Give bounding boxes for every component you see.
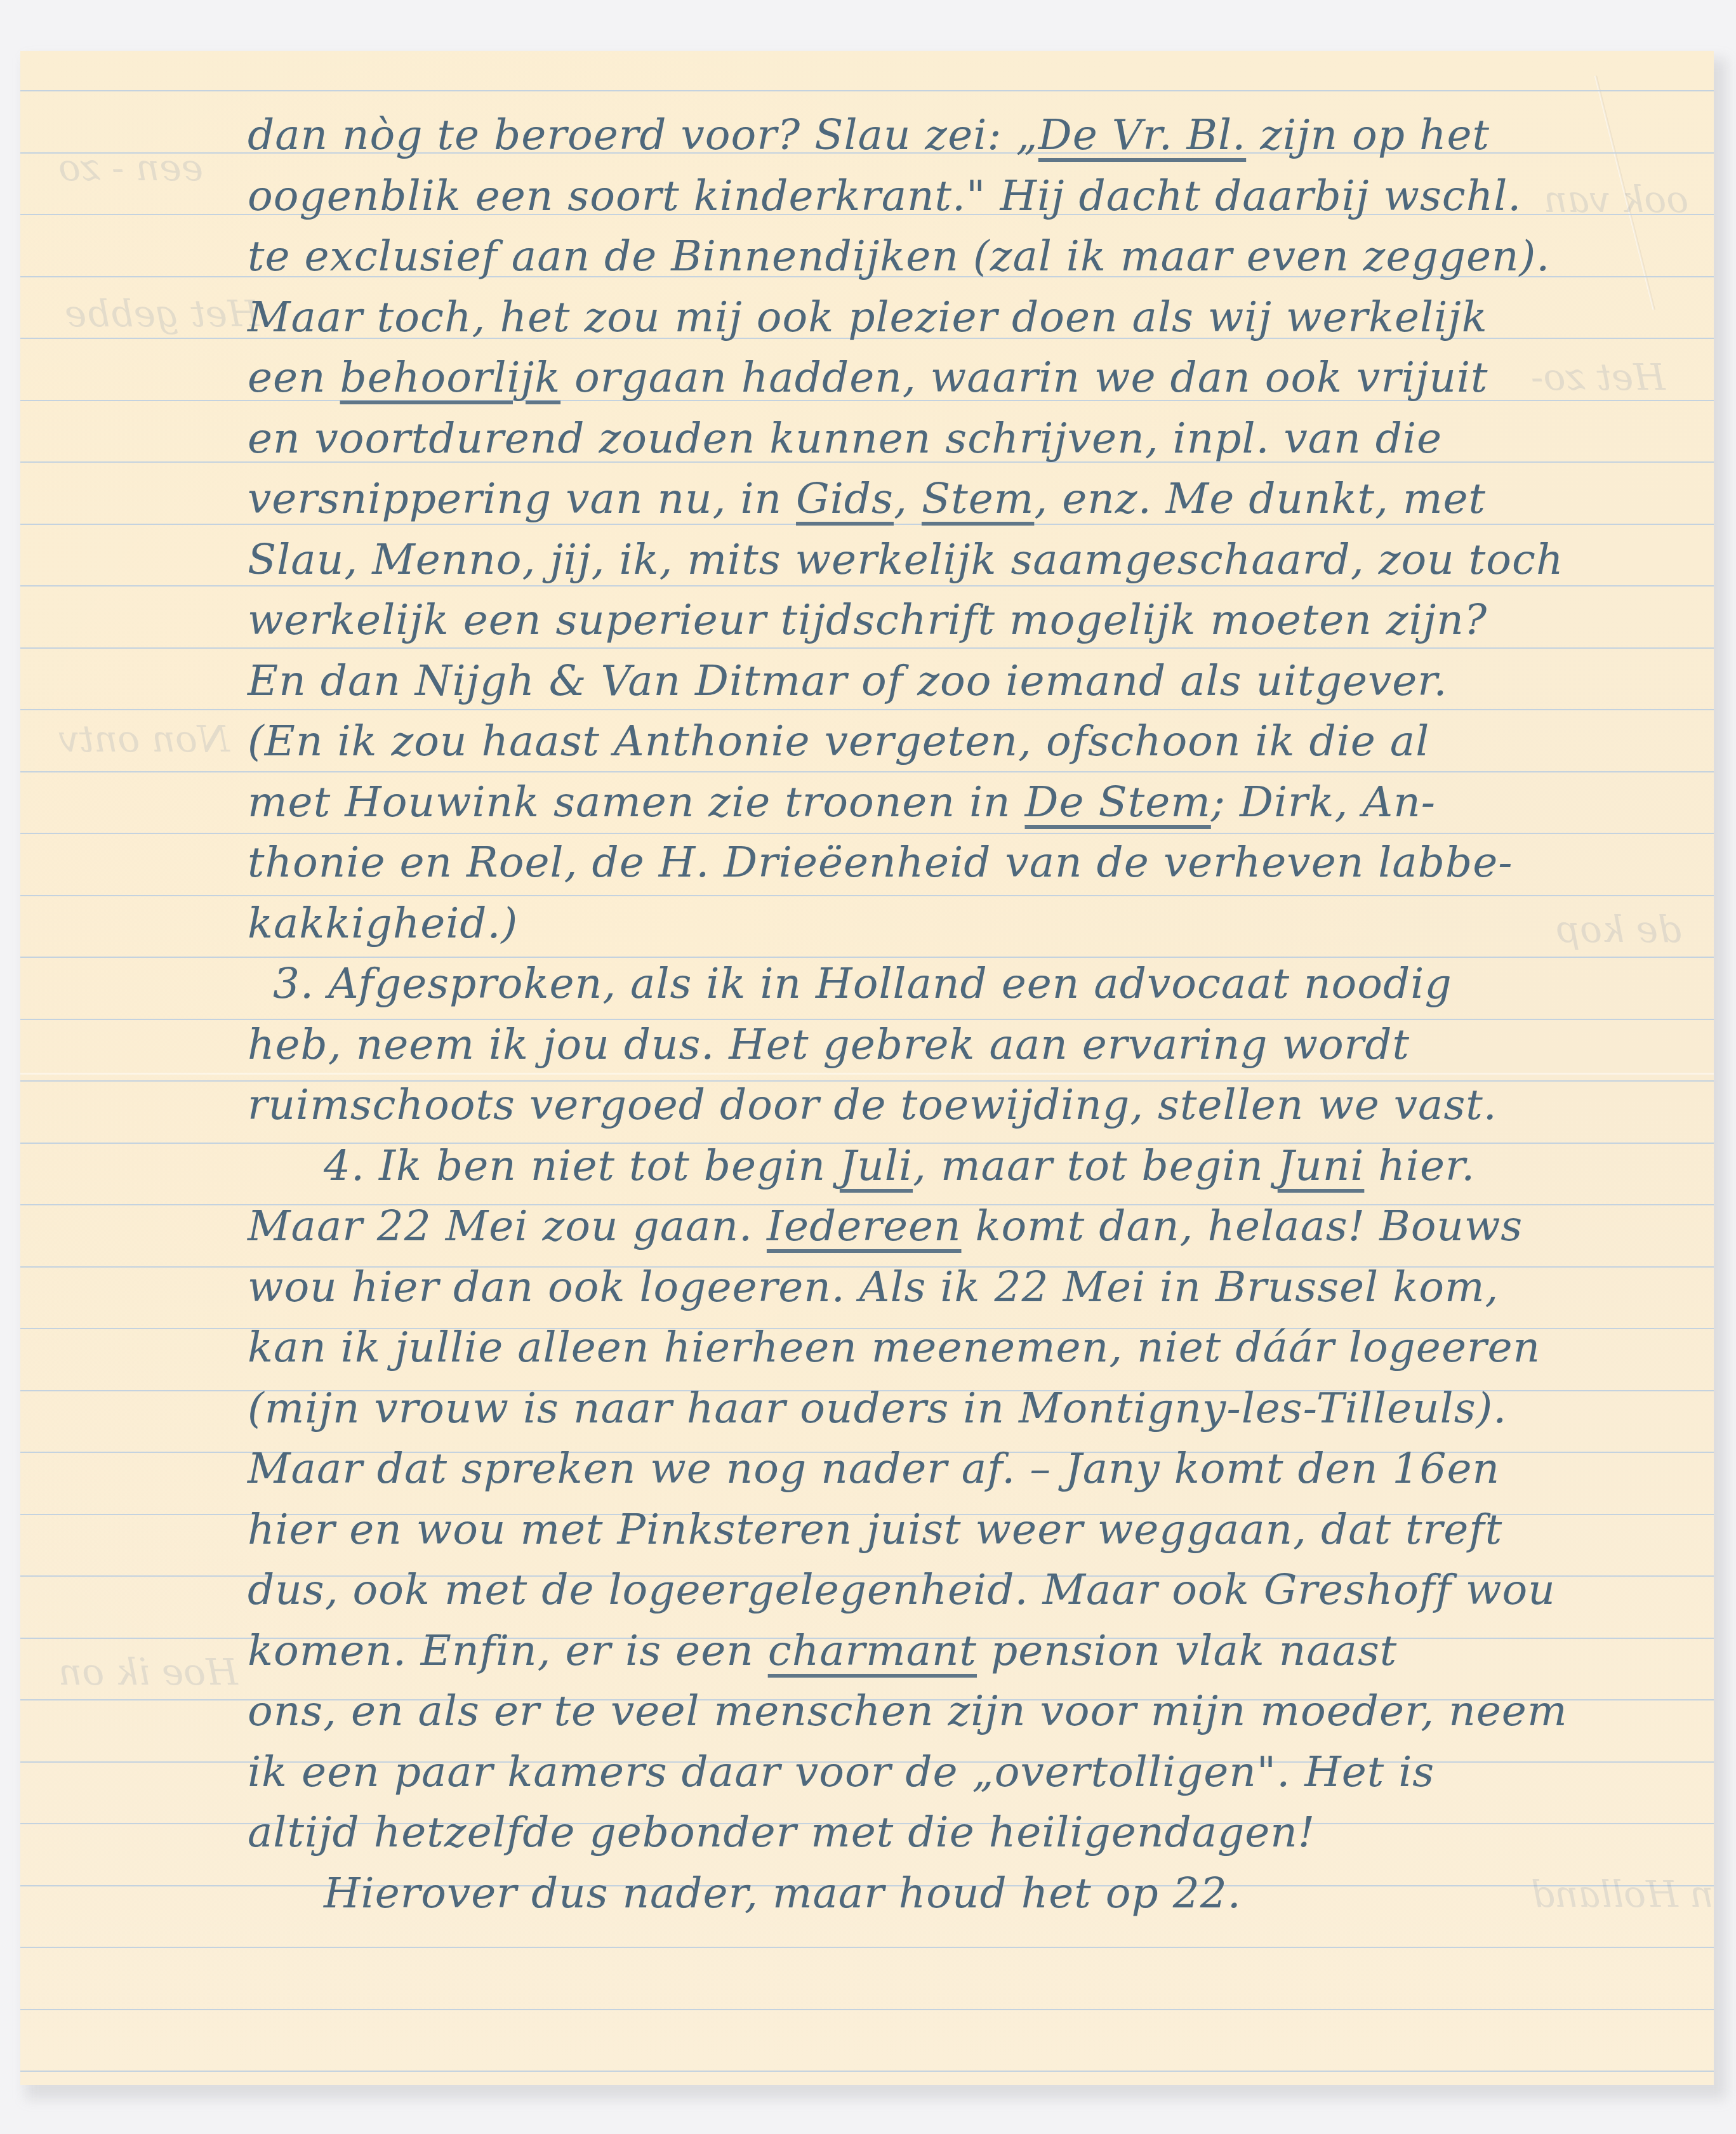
text-line: en voortdurend zouden kunnen schrijven, …: [248, 418, 1442, 460]
underlined-word: Juli: [840, 1141, 913, 1190]
text-line: wou hier dan ook logeeren. Als ik 22 Mei…: [248, 1266, 1499, 1308]
bleed-through-text: Hoe ik on: [58, 1650, 238, 1693]
bleed-through-text: Non ontv: [58, 717, 230, 760]
text-line: te exclusief aan de Binnendijken (zal ik…: [248, 235, 1550, 277]
rule-line: [20, 957, 1714, 958]
text-line: dan nòg te beroerd voor? Slau zei: „De V…: [248, 114, 1490, 156]
bleed-through-text: Het gebbe: [65, 292, 260, 335]
text-line: dus, ook met de logeergelegenheid. Maar …: [248, 1569, 1556, 1611]
text-line: Maar 22 Mei zou gaan. Iedereen komt dan,…: [248, 1205, 1523, 1247]
horizontal-fold: [20, 1073, 1714, 1075]
text-line: 4. Ik ben niet tot begin Juli, maar tot …: [324, 1145, 1475, 1187]
perforated-top-edge: [20, 51, 1714, 55]
text-line: kakkigheid.): [248, 903, 518, 944]
text-line: een behoorlijk orgaan hadden, waarin we …: [248, 357, 1488, 399]
underlined-word: charmant: [768, 1626, 977, 1675]
text-line: ik een paar kamers daar voor de „overtol…: [248, 1751, 1435, 1793]
text-line: oogenblik een soort kinderkrant." Hij da…: [248, 175, 1521, 217]
text-line: Slau, Menno, jij, ik, mits werkelijk saa…: [248, 539, 1563, 581]
letter-page: een - zoHet gebbeook vanHet zo-Non ontvd…: [20, 51, 1714, 2085]
underlined-word: Juni: [1278, 1141, 1365, 1190]
text-line: Hierover dus nader, maar houd het op 22.: [324, 1872, 1242, 1914]
text-line: altijd hetzelfde gebonder met die heilig…: [248, 1812, 1315, 1853]
text-line: (mijn vrouw is naar haar ouders in Monti…: [248, 1388, 1507, 1429]
underlined-word: De Vr. Bl.: [1038, 110, 1246, 159]
bleed-through-text: de kop: [1556, 908, 1681, 951]
text-line: kan ik jullie alleen hierheen meenemen, …: [248, 1327, 1541, 1369]
rule-line: [20, 647, 1714, 649]
text-line: Maar dat spreken we nog nader af. – Jany…: [248, 1448, 1500, 1490]
text-line: 3. Afgesproken, als ik in Holland een ad…: [273, 963, 1452, 1005]
bleed-through-text: in Holland: [1531, 1872, 1714, 1916]
rule-line: [20, 1947, 1714, 1948]
text-line: hier en wou met Pinksteren juist weer we…: [248, 1509, 1502, 1551]
rule-line: [20, 2009, 1714, 2010]
underlined-word: De Stem: [1024, 778, 1210, 826]
text-line: (En ik zou haast Anthonie vergeten, ofsc…: [248, 720, 1429, 762]
rule-line: [20, 709, 1714, 710]
text-line: werkelijk een superieur tijdschrift moge…: [248, 599, 1487, 641]
bleed-through-text: een - zo: [58, 146, 203, 189]
rule-line: [20, 585, 1714, 587]
text-line: ruimschoots vergoed door de toewijding, …: [248, 1084, 1497, 1126]
rule-line: [20, 833, 1714, 834]
text-line: thonie en Roel, de H. Drieëenheid van de…: [248, 842, 1513, 884]
text-line: Maar toch, het zou mij ook plezier doen …: [248, 296, 1488, 338]
rule-line: [20, 524, 1714, 525]
text-line: komen. Enfin, er is een charmant pension…: [248, 1630, 1397, 1672]
underlined-word: Stem: [922, 474, 1034, 523]
underlined-word: behoorlijk: [340, 353, 561, 402]
text-line: heb, neem ik jou dus. Het gebrek aan erv…: [248, 1024, 1410, 1066]
text-line: En dan Nijgh & Van Ditmar of zoo iemand …: [248, 660, 1448, 702]
rule-line: [20, 895, 1714, 896]
bleed-through-text: Het zo-: [1531, 355, 1666, 399]
rule-line: [20, 90, 1714, 91]
underlined-word: Gids: [796, 474, 894, 523]
rule-line: [20, 2071, 1714, 2072]
underlined-word: Iedereen: [767, 1202, 962, 1250]
text-line: versnippering van nu, in Gids, Stem, enz…: [248, 478, 1486, 520]
text-line: met Houwink samen zie troonen in De Stem…: [248, 781, 1436, 823]
text-line: ons, en als er te veel menschen zijn voo…: [248, 1690, 1568, 1732]
rule-line: [20, 771, 1714, 772]
bleed-through-text: ook van: [1544, 178, 1688, 221]
